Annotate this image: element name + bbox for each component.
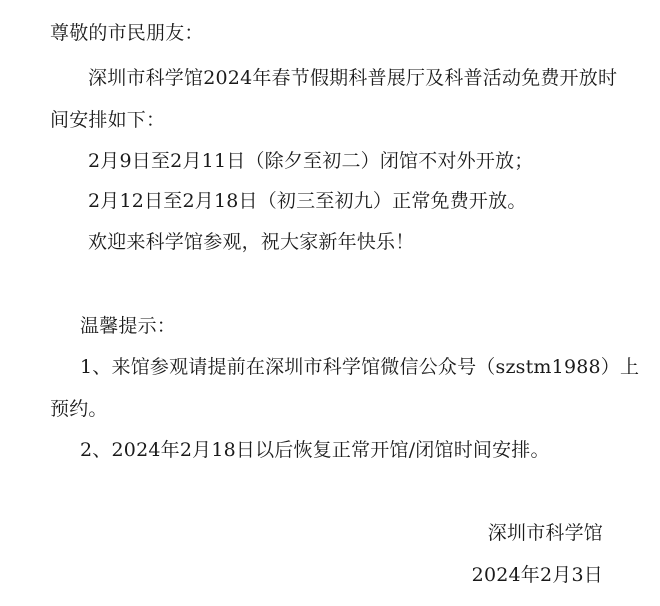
- date: 2024年2月3日: [472, 563, 603, 587]
- intro-paragraph-line-2: 间安排如下：: [50, 108, 165, 132]
- tip-1-line-1: 1、来馆参观请提前在深圳市科学馆微信公众号（szstm1988）上: [80, 355, 639, 379]
- tip-2: 2、2024年2月18日以后恢复正常开馆/闭馆时间安排。: [80, 438, 550, 462]
- salutation: 尊敬的市民朋友：: [50, 21, 204, 45]
- signature: 深圳市科学馆: [488, 521, 603, 545]
- intro-paragraph-line-1: 深圳市科学馆2024年春节假期科普展厅及科普活动免费开放时: [88, 66, 617, 90]
- tip-1-line-2: 预约。: [50, 397, 108, 421]
- schedule-open: 2月12日至2月18日（初三至初九）正常免费开放。: [88, 189, 527, 213]
- schedule-closed: 2月9日至2月11日（除夕至初二）闭馆不对外开放；: [88, 149, 533, 173]
- greeting: 欢迎来科学馆参观，祝大家新年快乐！: [88, 230, 414, 254]
- tips-title: 温馨提示：: [80, 314, 176, 338]
